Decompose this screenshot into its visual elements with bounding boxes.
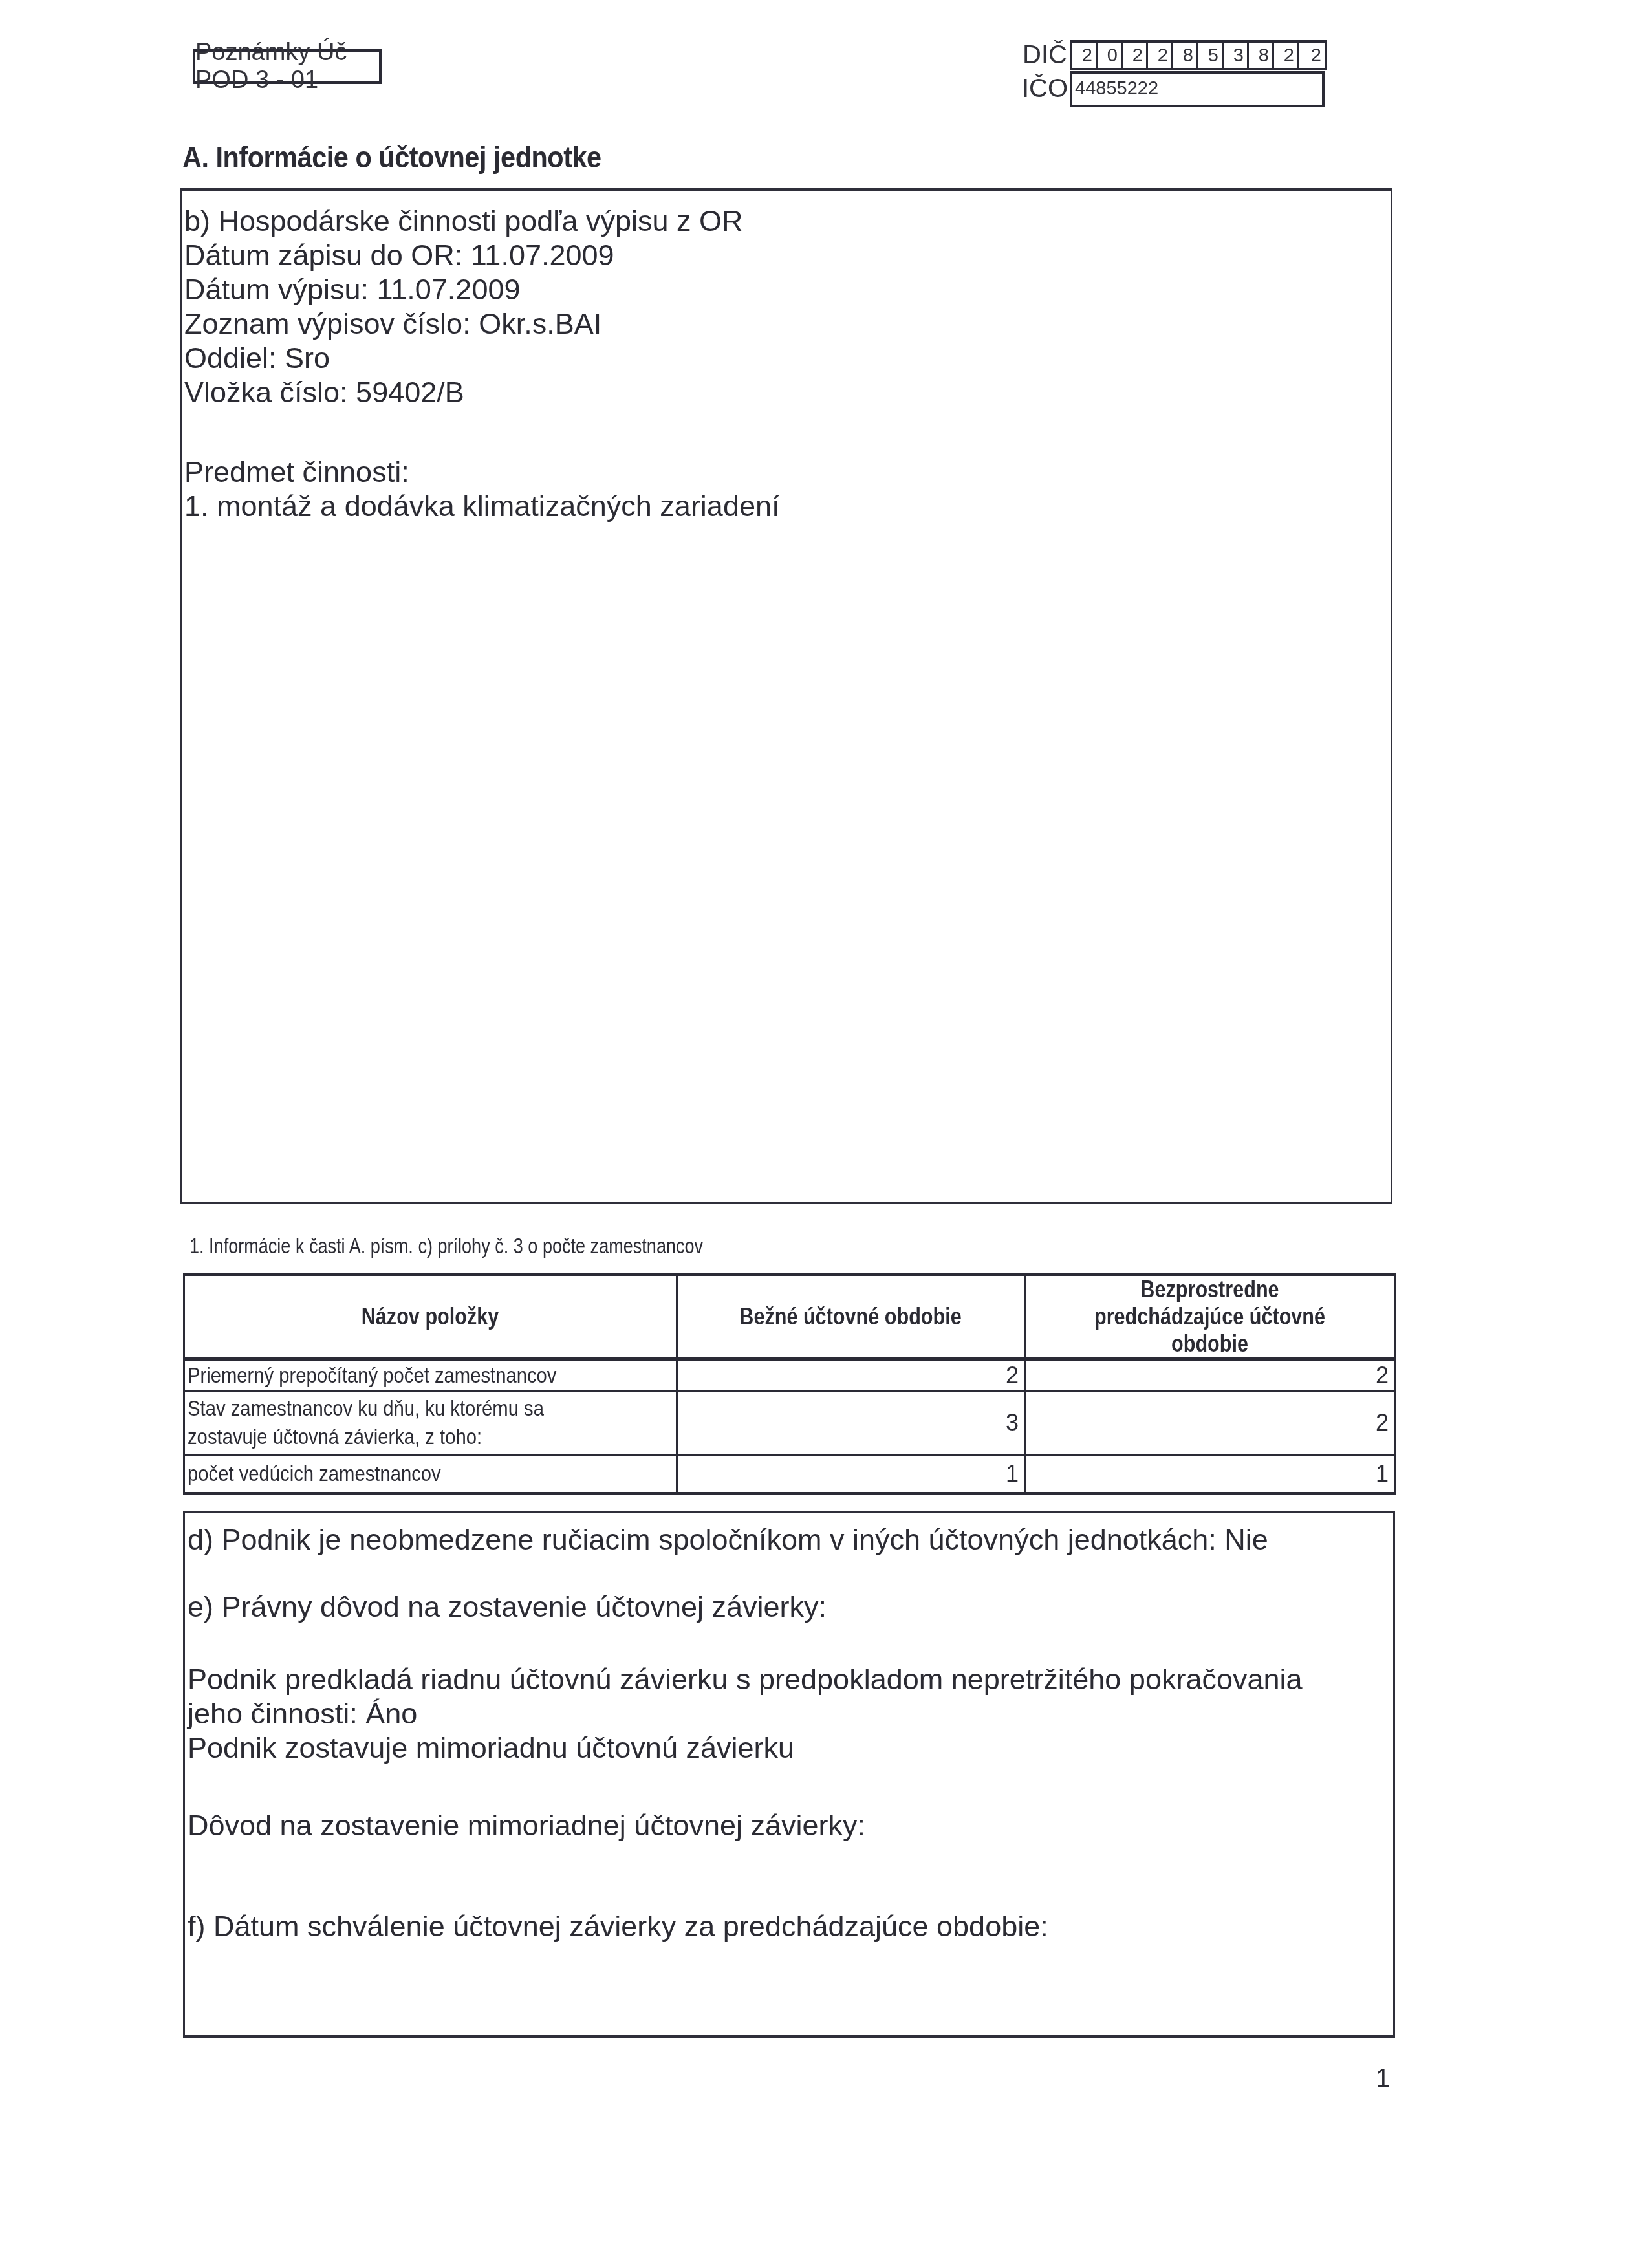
dic-digit: 2 xyxy=(1123,43,1148,68)
dic-row: DIČ 2 0 2 2 8 5 3 8 2 2 xyxy=(1022,40,1327,70)
form-label: Poznámky Úč POD 3 - 01 xyxy=(195,39,379,94)
approval-date-heading: f) Dátum schválenie účtovnej závierky za… xyxy=(188,1909,1048,1943)
dic-field: 2 0 2 2 8 5 3 8 2 2 xyxy=(1070,40,1327,70)
page-number: 1 xyxy=(1376,2064,1390,2093)
registry-lines: b) Hospodárske činnosti podľa výpisu z O… xyxy=(184,204,743,409)
registry-insert-number: Vložka číslo: 59402/B xyxy=(184,375,743,409)
extraordinary-reason-heading: Dôvod na zostavenie mimoriadnej účtovnej… xyxy=(188,1808,865,1842)
activity-item: 1. montáž a dodávka klimatizačných zaria… xyxy=(184,489,779,523)
activities-heading: Predmet činnosti: xyxy=(184,455,779,489)
dic-digit: 8 xyxy=(1249,43,1274,68)
registry-info-box: b) Hospodárske činnosti podľa výpisu z O… xyxy=(180,188,1392,1204)
dic-digit: 2 xyxy=(1148,43,1173,68)
row-label-text: Stav zamestnancov ku dňu, ku ktorému sa xyxy=(188,1394,544,1423)
previous-period-value: 2 xyxy=(1025,1391,1395,1455)
current-period-value: 1 xyxy=(677,1455,1025,1494)
column-header-label: Bezprostredne predchádzajúce účtovné obd… xyxy=(1065,1276,1356,1357)
row-label: Stav zamestnancov ku dňu, ku ktorému sa … xyxy=(184,1391,677,1455)
previous-period-value: 1 xyxy=(1025,1455,1395,1494)
employees-table: Názov položky Bežné účtovné obdobie Bezp… xyxy=(183,1273,1396,1495)
going-concern-statement: Podnik predkladá riadnu účtovnú závierku… xyxy=(188,1662,1303,1765)
row-label: počet vedúcich zamestnancov xyxy=(184,1455,677,1494)
going-concern-line: Podnik predkladá riadnu účtovnú závierku… xyxy=(188,1662,1303,1696)
section-title: A. Informácie o účtovnej jednotke xyxy=(182,140,601,175)
registry-heading: b) Hospodárske činnosti podľa výpisu z O… xyxy=(184,204,743,238)
registry-section: Oddiel: Sro xyxy=(184,341,743,375)
previous-period-value: 2 xyxy=(1025,1359,1395,1391)
form-label-box: Poznámky Úč POD 3 - 01 xyxy=(193,49,382,84)
statements-box: d) Podnik je neobmedzene ručiacim spoloč… xyxy=(183,1511,1395,2038)
row-label-text: počet vedúcich zamestnancov xyxy=(188,1460,441,1488)
dic-label: DIČ xyxy=(1022,41,1070,69)
dic-digit: 0 xyxy=(1098,43,1123,68)
dic-digit: 2 xyxy=(1299,43,1325,68)
going-concern-line: jeho činnosti: Áno xyxy=(188,1696,1303,1731)
table-row: počet vedúcich zamestnancov 1 1 xyxy=(184,1455,1395,1494)
unlimited-liability-statement: d) Podnik je neobmedzene ručiacim spoloč… xyxy=(188,1522,1268,1557)
registry-extract-list: Zoznam výpisov číslo: Okr.s.BAI xyxy=(184,307,743,341)
table-row: Priemerný prepočítaný počet zamestnancov… xyxy=(184,1359,1395,1391)
current-period-value: 3 xyxy=(677,1391,1025,1455)
dic-digit: 5 xyxy=(1198,43,1224,68)
dic-digit: 2 xyxy=(1274,43,1299,68)
employees-table-caption: 1. Informácie k časti A. písm. c) príloh… xyxy=(189,1234,703,1258)
column-header-current-period: Bežné účtovné obdobie xyxy=(677,1275,1025,1359)
current-period-value: 2 xyxy=(677,1359,1025,1391)
extraordinary-statement: Podnik zostavuje mimoriadnu účtovnú závi… xyxy=(188,1731,1303,1765)
legal-reason-heading: e) Právny dôvod na zostavenie účtovnej z… xyxy=(188,1590,827,1624)
row-label: Priemerný prepočítaný počet zamestnancov xyxy=(184,1359,677,1391)
row-label-text: Priemerný prepočítaný počet zamestnancov xyxy=(188,1361,556,1390)
registry-entry-date: Dátum zápisu do OR: 11.07.2009 xyxy=(184,238,743,272)
column-header-item-name: Názov položky xyxy=(184,1275,677,1359)
row-label-text: zostavuje účtovná závierka, z toho: xyxy=(188,1423,482,1451)
column-header-previous-period: Bezprostredne predchádzajúce účtovné obd… xyxy=(1025,1275,1395,1359)
dic-digit: 3 xyxy=(1224,43,1249,68)
business-activities: Predmet činnosti: 1. montáž a dodávka kl… xyxy=(184,455,779,523)
ico-label: IČO xyxy=(1022,74,1070,103)
table-header-row: Názov položky Bežné účtovné obdobie Bezp… xyxy=(184,1275,1395,1359)
column-header-label: Bežné účtovné obdobie xyxy=(740,1303,962,1330)
registry-extract-date: Dátum výpisu: 11.07.2009 xyxy=(184,272,743,307)
dic-digit: 8 xyxy=(1173,43,1198,68)
column-header-label: Názov položky xyxy=(362,1303,499,1330)
table-row: Stav zamestnancov ku dňu, ku ktorému sa … xyxy=(184,1391,1395,1455)
dic-digit: 2 xyxy=(1072,43,1098,68)
tax-id-block: DIČ 2 0 2 2 8 5 3 8 2 2 IČO 44855222 xyxy=(1022,40,1327,107)
ico-row: IČO 44855222 xyxy=(1022,70,1327,107)
ico-field: 44855222 xyxy=(1070,71,1325,107)
